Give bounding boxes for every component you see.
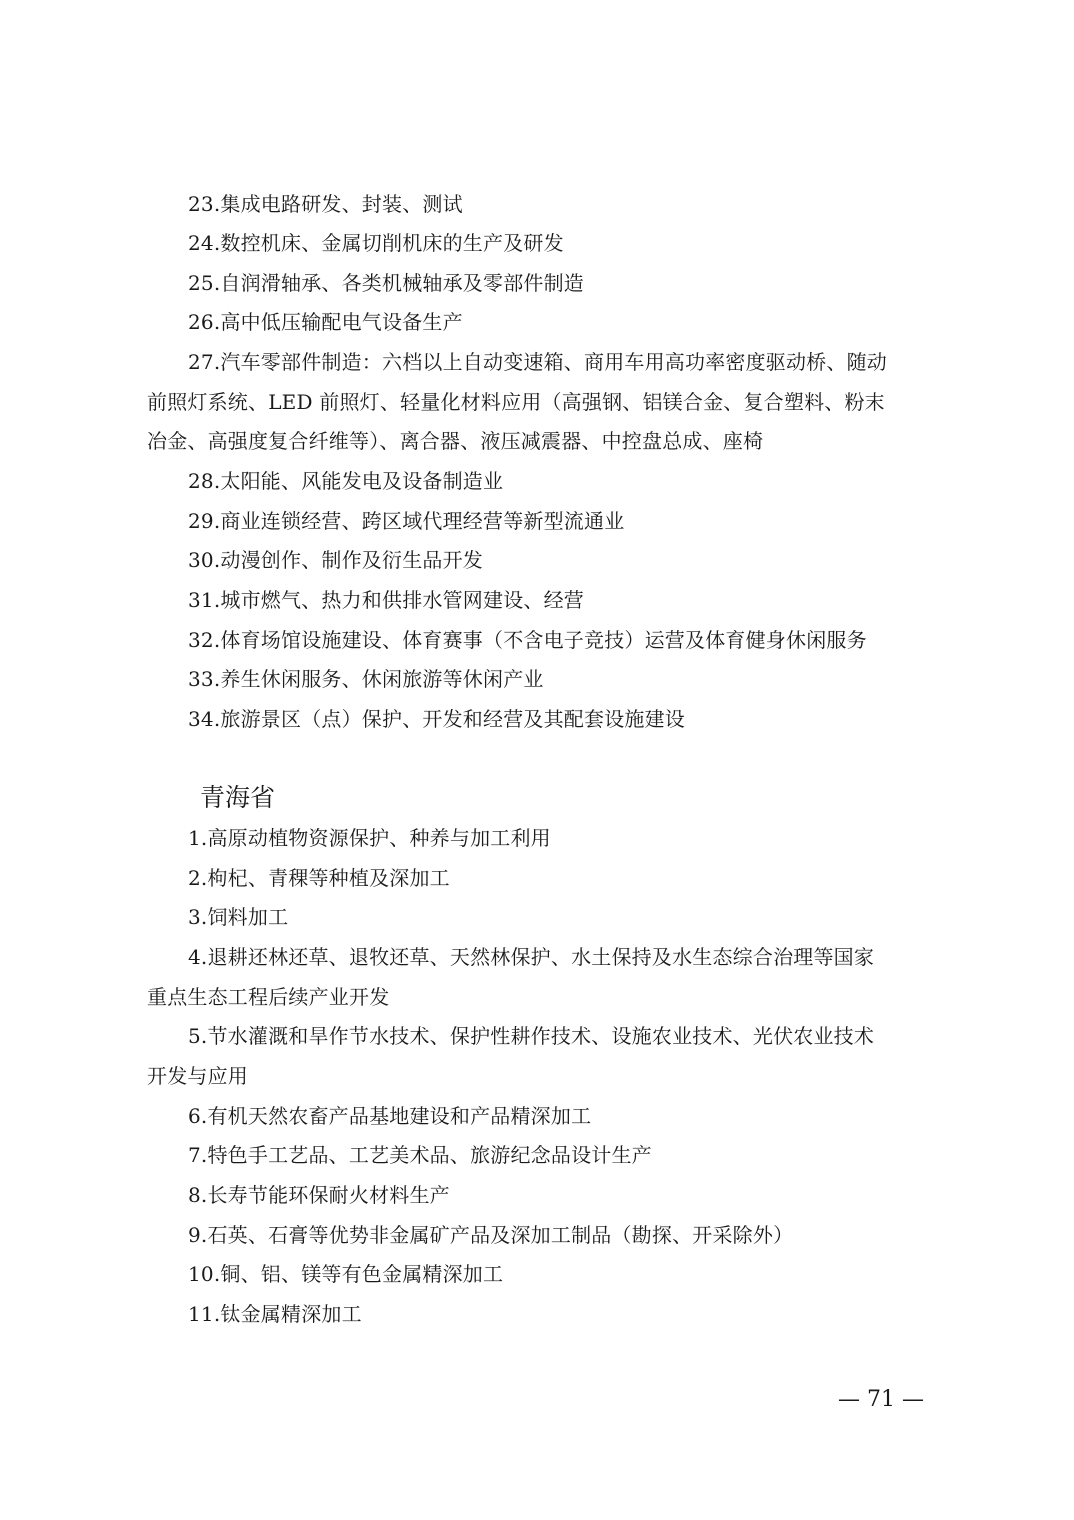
list-item-31: 31.城市燃气、热力和供排水管网建设、经营 [188,586,584,614]
list-item-9: 9.石英、石膏等优势非金属矿产品及深加工制品（勘探、开采除外） [188,1221,793,1249]
list-item-27-line-3: 冶金、高强度复合纤维等）、离合器、液压减震器、中控盘总成、座椅 [147,427,763,455]
document-page: 23.集成电路研发、封装、测试 24.数控机床、金属切削机床的生产及研发 25.… [0,0,1074,1520]
list-item-10: 10.铜、铝、镁等有色金属精深加工 [188,1260,503,1288]
list-item-30: 30.动漫创作、制作及衍生品开发 [188,546,483,574]
list-item-8: 8.长寿节能环保耐火材料生产 [188,1181,450,1209]
list-item-27-line-2: 前照灯系统、LED 前照灯、轻量化材料应用（高强钢、铝镁合金、复合塑料、粉末 [147,388,885,416]
list-item-23: 23.集成电路研发、封装、测试 [188,190,463,218]
list-item-6: 6.有机天然农畜产品基地建设和产品精深加工 [188,1102,591,1130]
list-item-5-line-1: 5.节水灌溉和旱作节水技术、保护性耕作技术、设施农业技术、光伏农业技术 [188,1022,874,1050]
list-item-4-line-1: 4.退耕还林还草、退牧还草、天然林保护、水土保持及水生态综合治理等国家 [188,943,874,971]
list-item-25: 25.自润滑轴承、各类机械轴承及零部件制造 [188,269,584,297]
page-number: — 71 — [838,1386,924,1414]
list-item-3: 3.饲料加工 [188,903,288,931]
list-item-29: 29.商业连锁经营、跨区域代理经营等新型流通业 [188,507,624,535]
list-item-4-line-2: 重点生态工程后续产业开发 [147,983,389,1011]
list-item-34: 34.旅游景区（点）保护、开发和经营及其配套设施建设 [188,705,685,733]
list-item-5-line-2: 开发与应用 [147,1062,248,1090]
list-item-7: 7.特色手工艺品、工艺美术品、旅游纪念品设计生产 [188,1141,652,1169]
list-item-33: 33.养生休闲服务、休闲旅游等休闲产业 [188,665,544,693]
section-heading-qinghai: 青海省 [200,782,275,814]
list-item-32: 32.体育场馆设施建设、体育赛事（不含电子竞技）运营及体育健身休闲服务 [188,626,867,654]
list-item-27-line-1: 27.汽车零部件制造：六档以上自动变速箱、商用车用高功率密度驱动桥、随动 [188,348,887,376]
list-item-26: 26.高中低压输配电气设备生产 [188,308,463,336]
list-item-28: 28.太阳能、风能发电及设备制造业 [188,467,503,495]
list-item-11: 11.钛金属精深加工 [188,1300,362,1328]
list-item-1: 1.高原动植物资源保护、种养与加工利用 [188,824,551,852]
list-item-2: 2.枸杞、青稞等种植及深加工 [188,864,450,892]
list-item-24: 24.数控机床、金属切削机床的生产及研发 [188,229,564,257]
